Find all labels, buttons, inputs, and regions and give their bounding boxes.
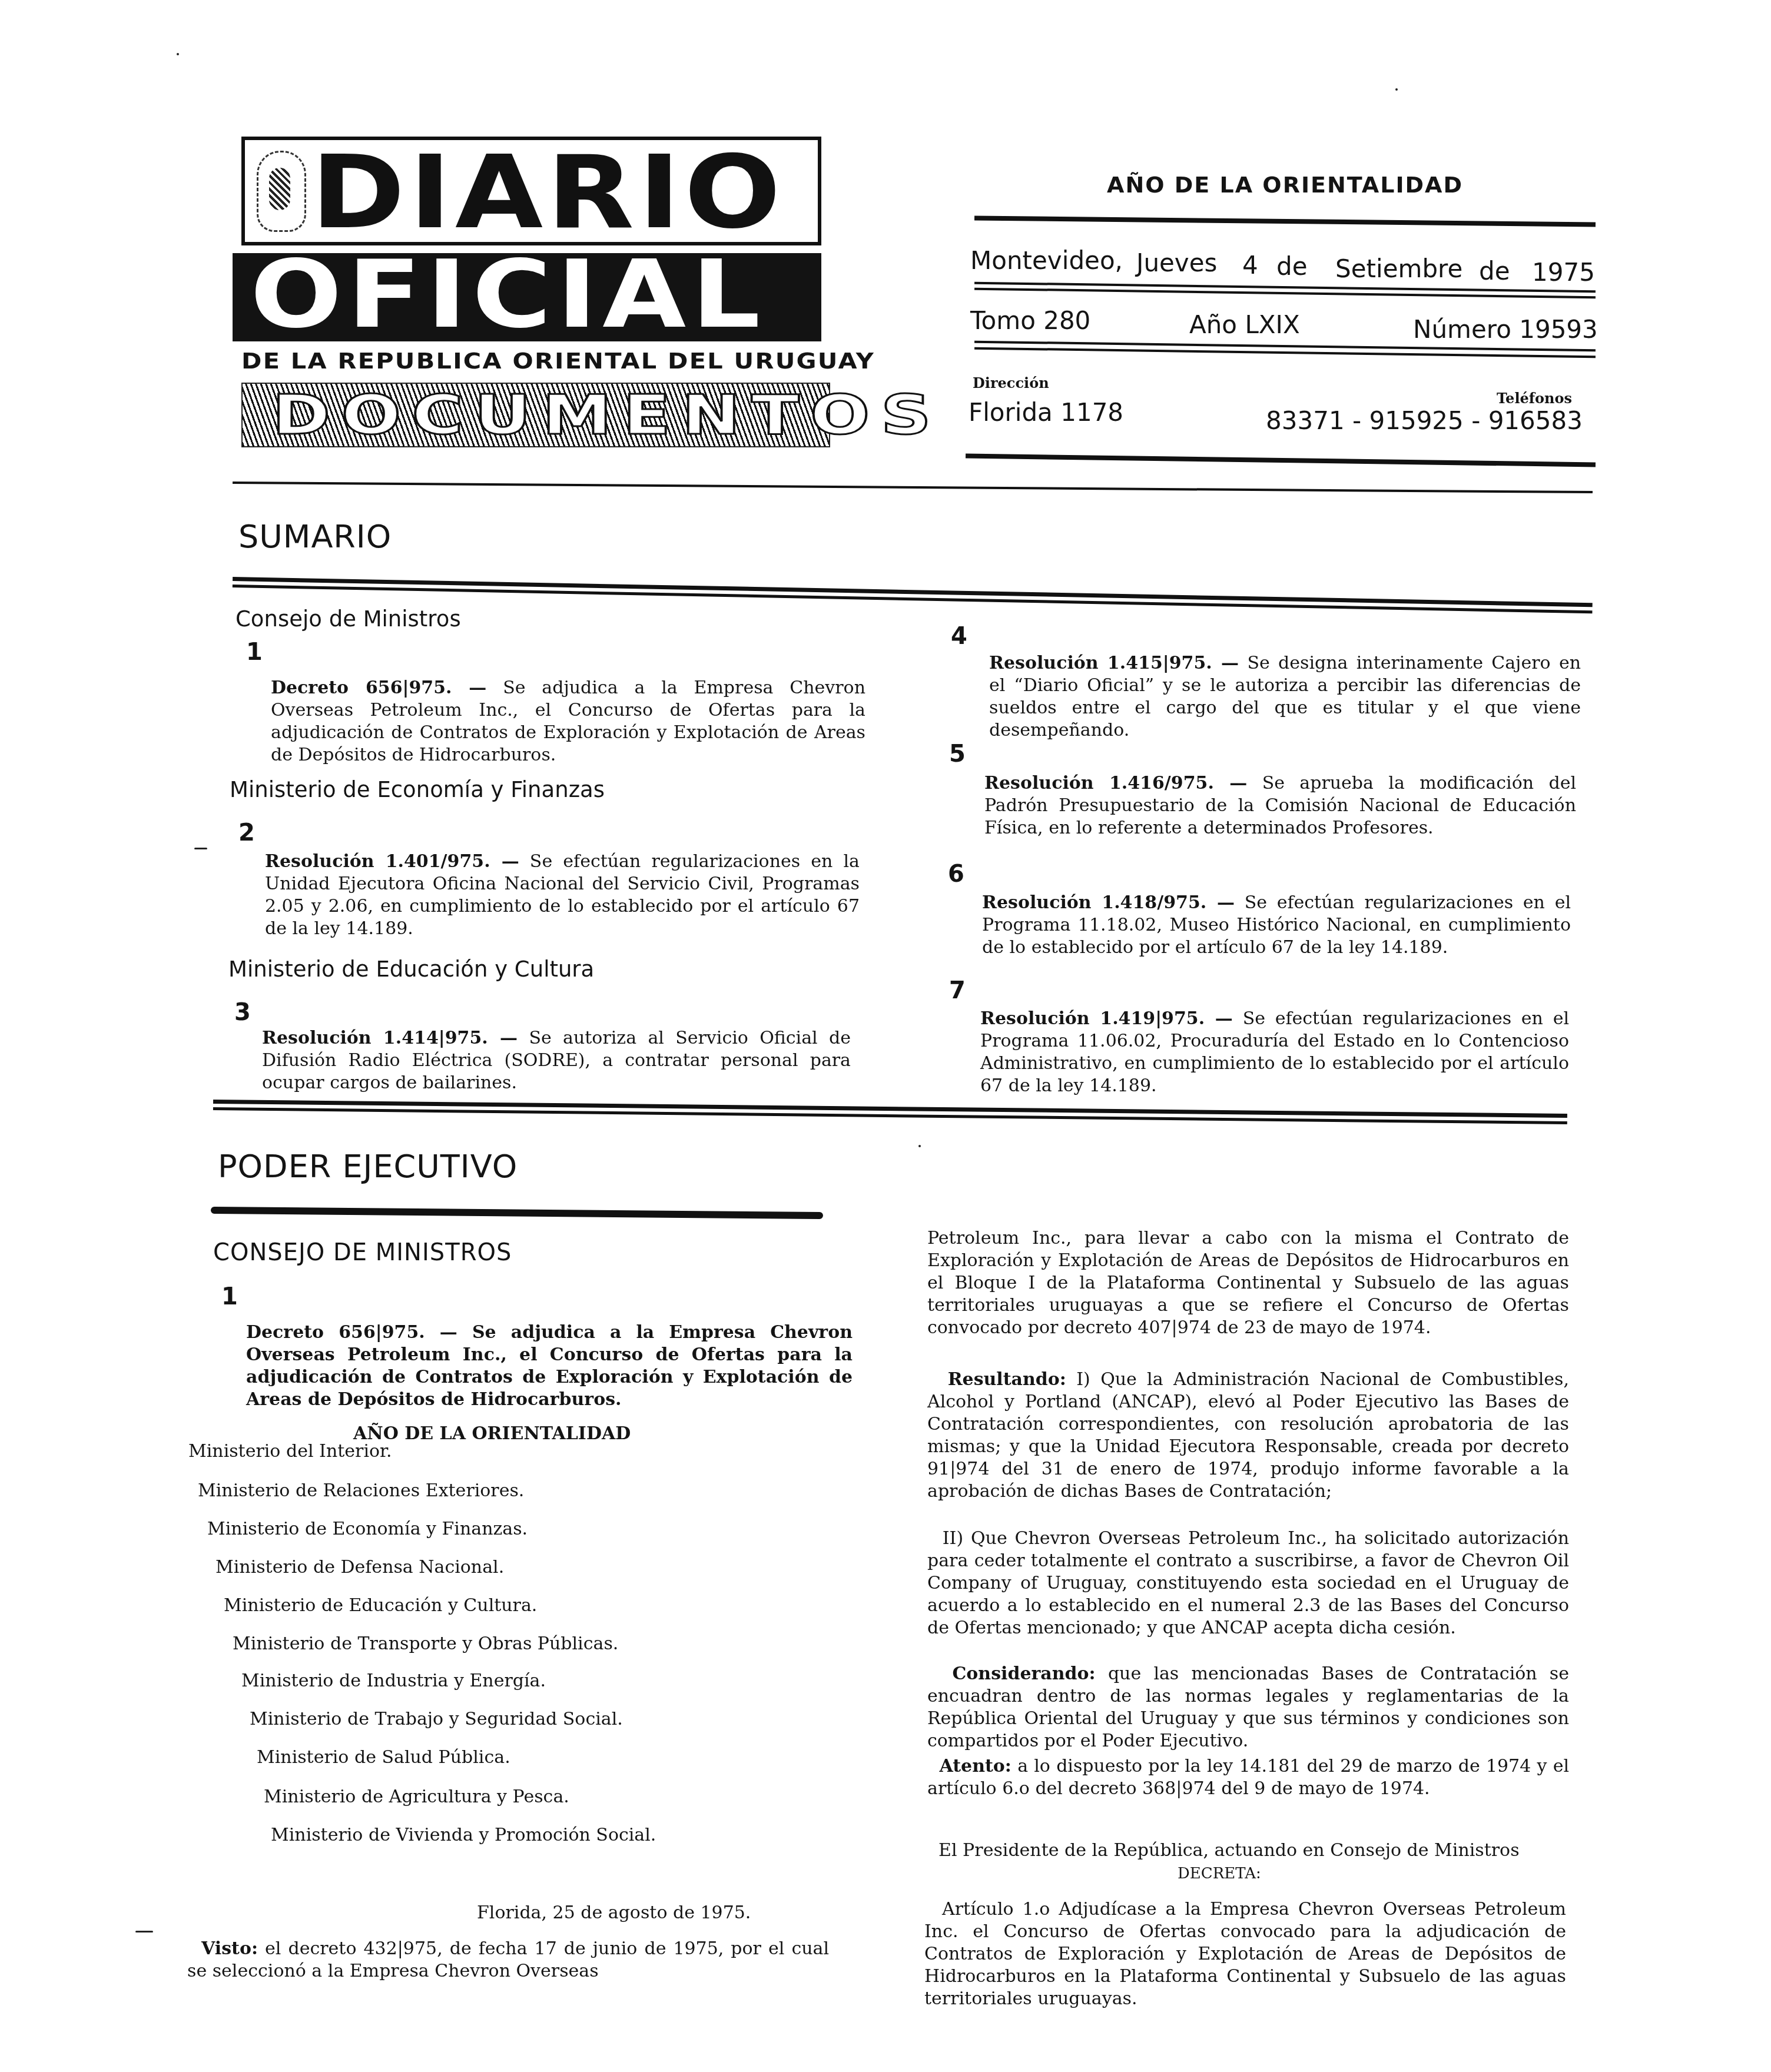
dateline-weekday: Jueves (1136, 248, 1217, 277)
telefonos-label: Teléfonos (1497, 390, 1572, 407)
sumario-item-1[interactable]: Decreto 656|975. — Se adjudica a la Empr… (271, 677, 865, 766)
item-ref: Resolución 1.401/975. — (265, 851, 519, 872)
poder-ejecutivo-title: PODER EJECUTIVO (218, 1148, 518, 1185)
considerando: Considerando: que las mencionadas Bases … (927, 1663, 1569, 1752)
resultando-label: Resultando: (948, 1369, 1066, 1390)
item-number: 7 (949, 977, 966, 1004)
sumario-item-4[interactable]: Resolución 1.415|975. — Se designa inter… (989, 652, 1581, 742)
ministry-signature: Ministerio de Agricultura y Pesca. (264, 1787, 569, 1807)
item-number: 6 (948, 861, 964, 888)
sumario-title: SUMARIO (238, 518, 392, 555)
item-number: 4 (951, 623, 967, 650)
item-ref: Resolución 1.416/975. — (984, 773, 1247, 793)
anio-label: Año LXIX (1189, 310, 1300, 339)
sumario-item-2[interactable]: Resolución 1.401/975. — Se efectúan regu… (265, 851, 860, 940)
decreta-heading: DECRETA: (1178, 1865, 1261, 1882)
atento: Atento: a lo dispuesto por la ley 14.181… (927, 1755, 1569, 1800)
numero-label: Número 19593 (1413, 315, 1598, 344)
item-ref: Resolución 1.415|975. — (989, 653, 1239, 673)
sumario-item-7[interactable]: Resolución 1.419|975. — Se efectúan regu… (980, 1008, 1569, 1097)
sumario-ministry-2: Ministerio de Economía y Finanzas (230, 777, 605, 802)
ministry-signature: Ministerio de Transporte y Obras Pública… (233, 1633, 618, 1654)
item-ref: Resolución 1.418/975. — (982, 892, 1235, 913)
dateline-month: Setiembre (1335, 254, 1462, 283)
resultando-2: II) Que Chevron Overseas Petroleum Inc.,… (927, 1528, 1569, 1639)
consejo-title: CONSEJO DE MINISTROS (213, 1239, 512, 1266)
section-rule (211, 1207, 823, 1219)
masthead-subtitle: DE LA REPUBLICA ORIENTAL DEL URUGUAY (241, 348, 875, 374)
decree-motto: AÑO DE LA ORIENTALIDAD (353, 1423, 631, 1444)
ministry-signature: Ministerio de Educación y Cultura. (224, 1595, 537, 1616)
masthead-title-oficial: OFICIAL (250, 251, 765, 339)
telefonos-value: 83371 - 915925 - 916583 (1266, 406, 1583, 435)
section-rule (233, 482, 1593, 493)
item-number: 3 (234, 999, 251, 1026)
decree-summary: Decreto 656|975. — Se adjudica a la Empr… (246, 1321, 853, 1411)
dateline-de: de (1276, 252, 1308, 281)
ministry-signature: Ministerio de Trabajo y Seguridad Social… (250, 1709, 623, 1729)
item-ref: Decreto 656|975. — (271, 678, 486, 698)
header-rule (966, 454, 1596, 467)
masthead-title-diario: DIARIO (311, 144, 785, 241)
ministry-signature: Ministerio del Interior. (188, 1441, 392, 1462)
ministry-signature: Ministerio de Defensa Nacional. (215, 1557, 504, 1578)
sumario-item-3[interactable]: Resolución 1.414|975. — Se autoriza al S… (262, 1027, 851, 1094)
atento-label: Atento: (939, 1756, 1011, 1777)
masthead-oficial-band: OFICIAL (233, 253, 821, 341)
ministry-signature: Ministerio de Vivienda y Promoción Socia… (271, 1825, 683, 1845)
dateline-city: Montevideo, (970, 246, 1123, 275)
decree-intro-continuation: Petroleum Inc., para llevar a cabo con l… (927, 1227, 1569, 1339)
visto-paragraph: Visto: el decreto 432|975, de fecha 17 d… (187, 1938, 829, 1983)
direccion-value: Florida 1178 (969, 398, 1123, 427)
visto-text: el decreto 432|975, de fecha 17 de junio… (187, 1938, 829, 1981)
scan-speck (918, 1145, 921, 1147)
documentos-banner-text: DOCUMENTOS (272, 386, 942, 445)
considerando-label: Considerando: (952, 1663, 1095, 1684)
item-number: 5 (949, 741, 966, 768)
item-number: 1 (221, 1283, 238, 1310)
articulo-label: Artículo 1.o (942, 1899, 1050, 1920)
item-number: 1 (246, 639, 263, 666)
place-date: Florida, 25 de agosto de 1975. (477, 1902, 751, 1923)
item-ref: Resolución 1.419|975. — (980, 1008, 1233, 1029)
scan-speck (135, 1931, 153, 1932)
scan-speck (177, 53, 179, 55)
resultando-2-text: II) Que Chevron Overseas Petroleum Inc.,… (927, 1528, 1569, 1638)
masthead-diario-box: DIARIO (241, 137, 821, 245)
sumario-bottom-rule (213, 1100, 1567, 1124)
ministry-signature: Ministerio de Industria y Energía. (241, 1671, 546, 1691)
dateline-day: 4 (1242, 251, 1258, 280)
direccion-label: Dirección (973, 374, 1049, 391)
ministry-signature: Ministerio de Salud Pública. (257, 1747, 510, 1768)
visto-label: Visto: (201, 1938, 258, 1959)
sumario-item-6[interactable]: Resolución 1.418/975. — Se efectúan regu… (982, 892, 1571, 959)
articulo-1: Artículo 1.o Adjudícase a la Empresa Che… (924, 1898, 1566, 2010)
dateline-de-2: de (1479, 257, 1510, 285)
item-number: 2 (238, 819, 255, 846)
ministry-signature: Ministerio de Relaciones Exteriores. (198, 1480, 524, 1501)
coat-of-arms-icon (257, 151, 306, 232)
documentos-banner: DOCUMENTOS (241, 383, 830, 447)
sumario-ministry-1: Consejo de Ministros (236, 606, 461, 632)
sumario-item-5[interactable]: Resolución 1.416/975. — Se aprueba la mo… (984, 772, 1576, 839)
presidente-clause: El Presidente de la República, actuando … (927, 1839, 1569, 1862)
item-ref: Resolución 1.414|975. — (262, 1028, 518, 1048)
scan-speck (194, 848, 207, 849)
atento-text: a lo dispuesto por la ley 14.181 del 29 … (927, 1756, 1569, 1799)
header-rule (974, 215, 1596, 227)
tomo-label: Tomo 280 (970, 306, 1090, 335)
presidente-text: El Presidente de la República, actuando … (938, 1840, 1520, 1861)
ministry-signature: Ministerio de Economía y Finanzas. (207, 1519, 528, 1539)
dateline-year: 1975 (1532, 258, 1595, 287)
sumario-ministry-3: Ministerio de Educación y Cultura (228, 957, 594, 982)
scan-speck (1395, 88, 1398, 91)
decree-ref: Decreto 656|975. — (246, 1322, 457, 1343)
year-motto: AÑO DE LA ORIENTALIDAD (1107, 172, 1463, 198)
resultando-1: Resultando: I) Que la Administración Nac… (927, 1369, 1569, 1503)
